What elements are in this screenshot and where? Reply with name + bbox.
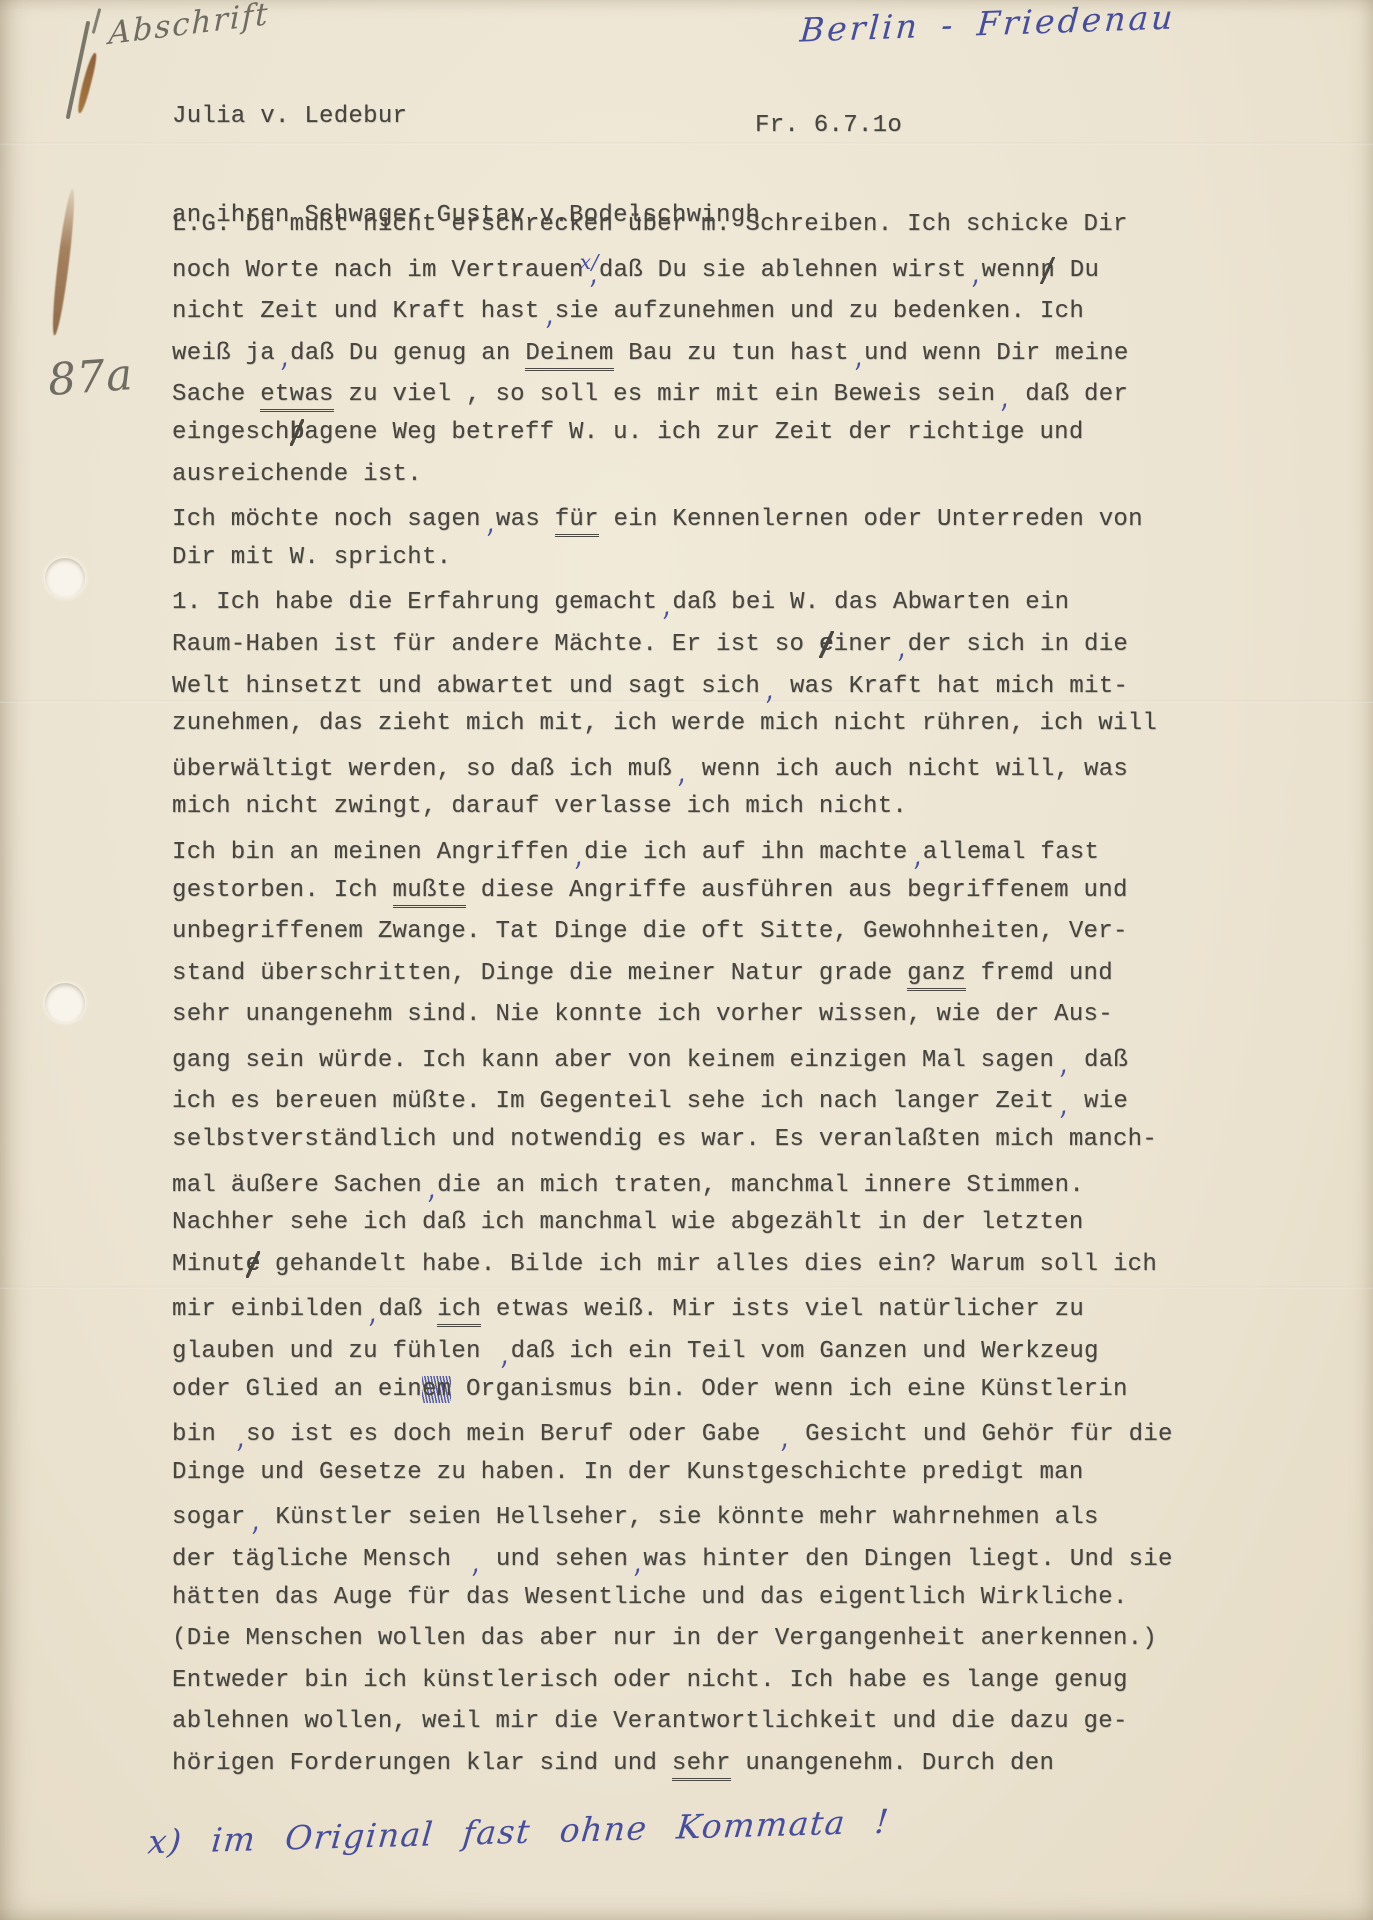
typed-text: fremd und (966, 960, 1113, 987)
letter-line: oder Glied an einem Organismus bin. Oder… (172, 1369, 1292, 1411)
overtyped-character: b (290, 419, 305, 446)
underlined-word: etwas (260, 381, 334, 412)
typed-text: Minut (172, 1251, 246, 1278)
typed-text: unangenehm. Durch den (731, 1750, 1054, 1777)
typed-text: der sich in die (908, 631, 1129, 658)
letter-line: eingeschbagene Weg betreff W. u. ich zur… (172, 412, 1292, 454)
typed-text: gehandelt habe. Bilde ich mir alles dies… (260, 1251, 1157, 1278)
footnote-annotation: x) im Original fast ohne Kommata ! (146, 1802, 891, 1862)
letter-line: sogar, Künstler seien Hellseher, sie kön… (172, 1493, 1292, 1535)
typed-text: Dir mit W. spricht. (172, 544, 451, 571)
typed-text: ablehnen wollen, weil mir die Verantwort… (172, 1708, 1128, 1735)
letter-line: der tägliche Mensch , und sehen,was hint… (172, 1535, 1292, 1577)
typed-text: wie (1069, 1088, 1128, 1115)
typed-text: gang sein würde. Ich kann aber von keine… (172, 1047, 1054, 1074)
letter-line: ausreichende ist. (172, 454, 1292, 496)
punch-hole-bottom (45, 983, 85, 1023)
typed-text: glauben und zu fühlen (172, 1338, 495, 1365)
sender-name: Julia v. Ledebur (172, 100, 760, 133)
typed-text: überwältigt werden, so daß ich muß (172, 756, 672, 783)
typed-text: sehr unangenehm sind. Nie konnte ich vor… (172, 1001, 1113, 1028)
archive-number: 87a (46, 349, 135, 406)
underlined-word: sehr (672, 1750, 731, 1781)
typed-text: stand überschritten, Dinge die meiner Na… (172, 960, 907, 987)
letter-line: 1. Ich habe die Erfahrung gemacht,daß be… (172, 578, 1292, 620)
typed-text: oder Glied an ein (172, 1376, 422, 1403)
letter-line: ich es bereuen müßte. Im Gegenteil sehe … (172, 1077, 1292, 1119)
underlined-word: mußte (393, 877, 467, 908)
underlined-word: Deinem (525, 340, 613, 371)
typed-text: Gesicht und Gehör für die (790, 1421, 1172, 1448)
letter-line: gang sein würde. Ich kann aber von keine… (172, 1036, 1292, 1078)
letter-date: Fr. 6.7.1o (755, 112, 902, 139)
letter-page: Abschrift Berlin - Friedenau 87a Julia v… (0, 0, 1373, 1920)
typed-text: bin (172, 1421, 231, 1448)
typed-text: diese Angriffe ausführen aus begriffenem… (466, 877, 1128, 904)
typed-text: eingesch (172, 419, 290, 446)
typed-text: ausreichende ist. (172, 461, 422, 488)
typed-text: daß Du genug an (290, 340, 525, 367)
location-annotation: Berlin - Friedenau (799, 0, 1177, 50)
letter-line: glauben und zu fühlen ,daß ich ein Teil … (172, 1327, 1292, 1369)
letter-line: Entweder bin ich künstlerisch oder nicht… (172, 1660, 1292, 1702)
typed-text: was (496, 506, 555, 533)
letter-line: Dir mit W. spricht. (172, 537, 1292, 579)
typed-text: sie aufzunehmen und zu bedenken. Ich (555, 298, 1084, 325)
letter-line: sehr unangenehm sind. Nie konnte ich vor… (172, 994, 1292, 1036)
typed-text: ein Kennenlernen oder Unterreden von (599, 506, 1143, 533)
letter-line: mal äußere Sachen,die an mich traten, ma… (172, 1161, 1292, 1203)
typed-text: und sehen (481, 1546, 628, 1573)
typed-text: Dinge und Gesetze zu haben. In der Kunst… (172, 1459, 1084, 1486)
letter-line: zunehmen, das zieht mich mit, ich werde … (172, 703, 1292, 745)
letter-line: nicht Zeit und Kraft hast,sie aufzunehme… (172, 287, 1292, 329)
typed-text: nicht Zeit und Kraft hast (172, 298, 540, 325)
typed-text: agene Weg betreff W. u. ich zur Zeit der… (304, 419, 1083, 446)
letter-line: Sache etwas zu viel , so soll es mir mit… (172, 370, 1292, 412)
letter-body: L.G. Du mußt nicht erschrecken über m. S… (172, 204, 1292, 1785)
typed-text: Raum-Haben ist für andere Mächte. Er ist… (172, 631, 819, 658)
typed-text: Organismus bin. Oder wenn ich eine Künst… (451, 1376, 1127, 1403)
typed-text: Künstler seien Hellseher, sie könnte meh… (261, 1504, 1099, 1531)
typed-text: weiß ja (172, 340, 275, 367)
letter-line: noch Worte nach im Vertrauenx/,daß Du si… (172, 246, 1292, 288)
typed-text: und wenn Dir meine (864, 340, 1129, 367)
typed-text: Sache (172, 381, 260, 408)
typed-text: selbstverständlich und notwendig es war.… (172, 1126, 1157, 1153)
letter-line: stand überschritten, Dinge die meiner Na… (172, 953, 1292, 995)
typed-text: iner (834, 631, 893, 658)
typed-text: hörigen Forderungen klar sind und (172, 1750, 672, 1777)
typed-text: noch Worte nach im Vertrauen (172, 257, 584, 284)
letter-line: selbstverständlich und notwendig es war.… (172, 1119, 1292, 1161)
letter-line: unbegriffenem Zwange. Tat Dinge die oft … (172, 911, 1292, 953)
ink-stain (49, 188, 78, 336)
typed-text: ich es bereuen müßte. Im Gegenteil sehe … (172, 1088, 1054, 1115)
letter-line: Minute gehandelt habe. Bilde ich mir all… (172, 1244, 1292, 1286)
letter-line: mir einbilden,daß ich etwas weiß. Mir is… (172, 1285, 1292, 1327)
typed-text: (Die Menschen wollen das aber nur in der… (172, 1625, 1157, 1652)
typed-text: Bau zu tun hast (614, 340, 849, 367)
typed-text: Entweder bin ich künstlerisch oder nicht… (172, 1667, 1128, 1694)
typed-text: wenn (982, 257, 1041, 284)
typed-text: mal äußere Sachen (172, 1172, 422, 1199)
typed-text: daß Du sie ablehnen wirst (599, 257, 967, 284)
typed-text: zunehmen, das zieht mich mit, ich werde … (172, 710, 1157, 737)
typed-text: allemal fast (923, 839, 1099, 866)
letter-line: Ich möchte noch sagen,was für ein Kennen… (172, 495, 1292, 537)
letter-line: bin ,so ist es doch mein Beruf oder Gabe… (172, 1410, 1292, 1452)
typed-text: unbegriffenem Zwange. Tat Dinge die oft … (172, 918, 1128, 945)
letter-line: Ich bin an meinen Angriffen,die ich auf … (172, 828, 1292, 870)
typed-text: Nachher sehe ich daß ich manchmal wie ab… (172, 1209, 1084, 1236)
typed-text: Ich bin an meinen Angriffen (172, 839, 569, 866)
typed-text: daß ich ein Teil vom Ganzen und Werkzeug (511, 1338, 1099, 1365)
overtyped-character: e (246, 1251, 261, 1278)
overtyped-character: e (819, 631, 834, 658)
typed-text: daß der (1011, 381, 1129, 408)
letter-line: (Die Menschen wollen das aber nur in der… (172, 1618, 1292, 1660)
typed-text: gestorben. Ich (172, 877, 393, 904)
typed-text: hätten das Auge für das Wesentliche und … (172, 1584, 1128, 1611)
underlined-word: für (555, 506, 599, 537)
letter-line: Nachher sehe ich daß ich manchmal wie ab… (172, 1202, 1292, 1244)
letter-line: hörigen Forderungen klar sind und sehr u… (172, 1743, 1292, 1785)
letter-line: L.G. Du mußt nicht erschrecken über m. S… (172, 204, 1292, 246)
typed-text: daß bei W. das Abwarten ein (672, 589, 1069, 616)
typed-text: die ich auf ihn machte (584, 839, 907, 866)
typed-text: was Kraft hat mich mit- (775, 673, 1128, 700)
letter-line: überwältigt werden, so daß ich muß, wenn… (172, 745, 1292, 787)
letter-line: Welt hinsetzt und abwartet und sagt sich… (172, 662, 1292, 704)
typed-text: 1. Ich habe die Erfahrung gemacht (172, 589, 657, 616)
typed-text: mir einbilden (172, 1296, 363, 1323)
typed-text: Ich möchte noch sagen (172, 506, 481, 533)
typed-text: so ist es doch mein Beruf oder Gabe (246, 1421, 775, 1448)
typed-text: daß (378, 1296, 437, 1323)
ink-corrected-characters: em (422, 1376, 451, 1403)
typed-text: L.G. Du mußt nicht erschrecken über m. S… (172, 211, 1128, 238)
typed-text: Du (1055, 257, 1099, 284)
typed-text: Welt hinsetzt und abwartet und sagt sich (172, 673, 760, 700)
typed-text: was hinter den Dingen liegt. Und sie (643, 1546, 1172, 1573)
typed-text: der tägliche Mensch (172, 1546, 466, 1573)
pencil-tick-mark (92, 8, 102, 34)
letter-line: Raum-Haben ist für andere Mächte. Er ist… (172, 620, 1292, 662)
struck-character: n (1040, 257, 1055, 284)
typed-text: sogar (172, 1504, 246, 1531)
letter-line: mich nicht zwingt, darauf verlasse ich m… (172, 786, 1292, 828)
letter-line: gestorben. Ich mußte diese Angriffe ausf… (172, 870, 1292, 912)
letter-line: Dinge und Gesetze zu haben. In der Kunst… (172, 1452, 1292, 1494)
typed-text: zu viel , so soll es mir mit ein Beweis … (334, 381, 996, 408)
letter-line: hätten das Auge für das Wesentliche und … (172, 1577, 1292, 1619)
typed-text: wenn ich auch nicht will, was (687, 756, 1128, 783)
letter-line: ablehnen wollen, weil mir die Verantwort… (172, 1701, 1292, 1743)
underlined-word: ganz (907, 960, 966, 991)
typed-text: mich nicht zwingt, darauf verlasse ich m… (172, 793, 907, 820)
typed-text: etwas weiß. Mir ists viel natürlicher zu (481, 1296, 1084, 1323)
underlined-word: ich (437, 1296, 481, 1327)
punch-hole-top (45, 558, 85, 598)
letter-line: weiß ja,daß Du genug an Deinem Bau zu tu… (172, 329, 1292, 371)
typed-text: daß (1069, 1047, 1128, 1074)
typed-text: die an mich traten, manchmal innere Stim… (437, 1172, 1084, 1199)
